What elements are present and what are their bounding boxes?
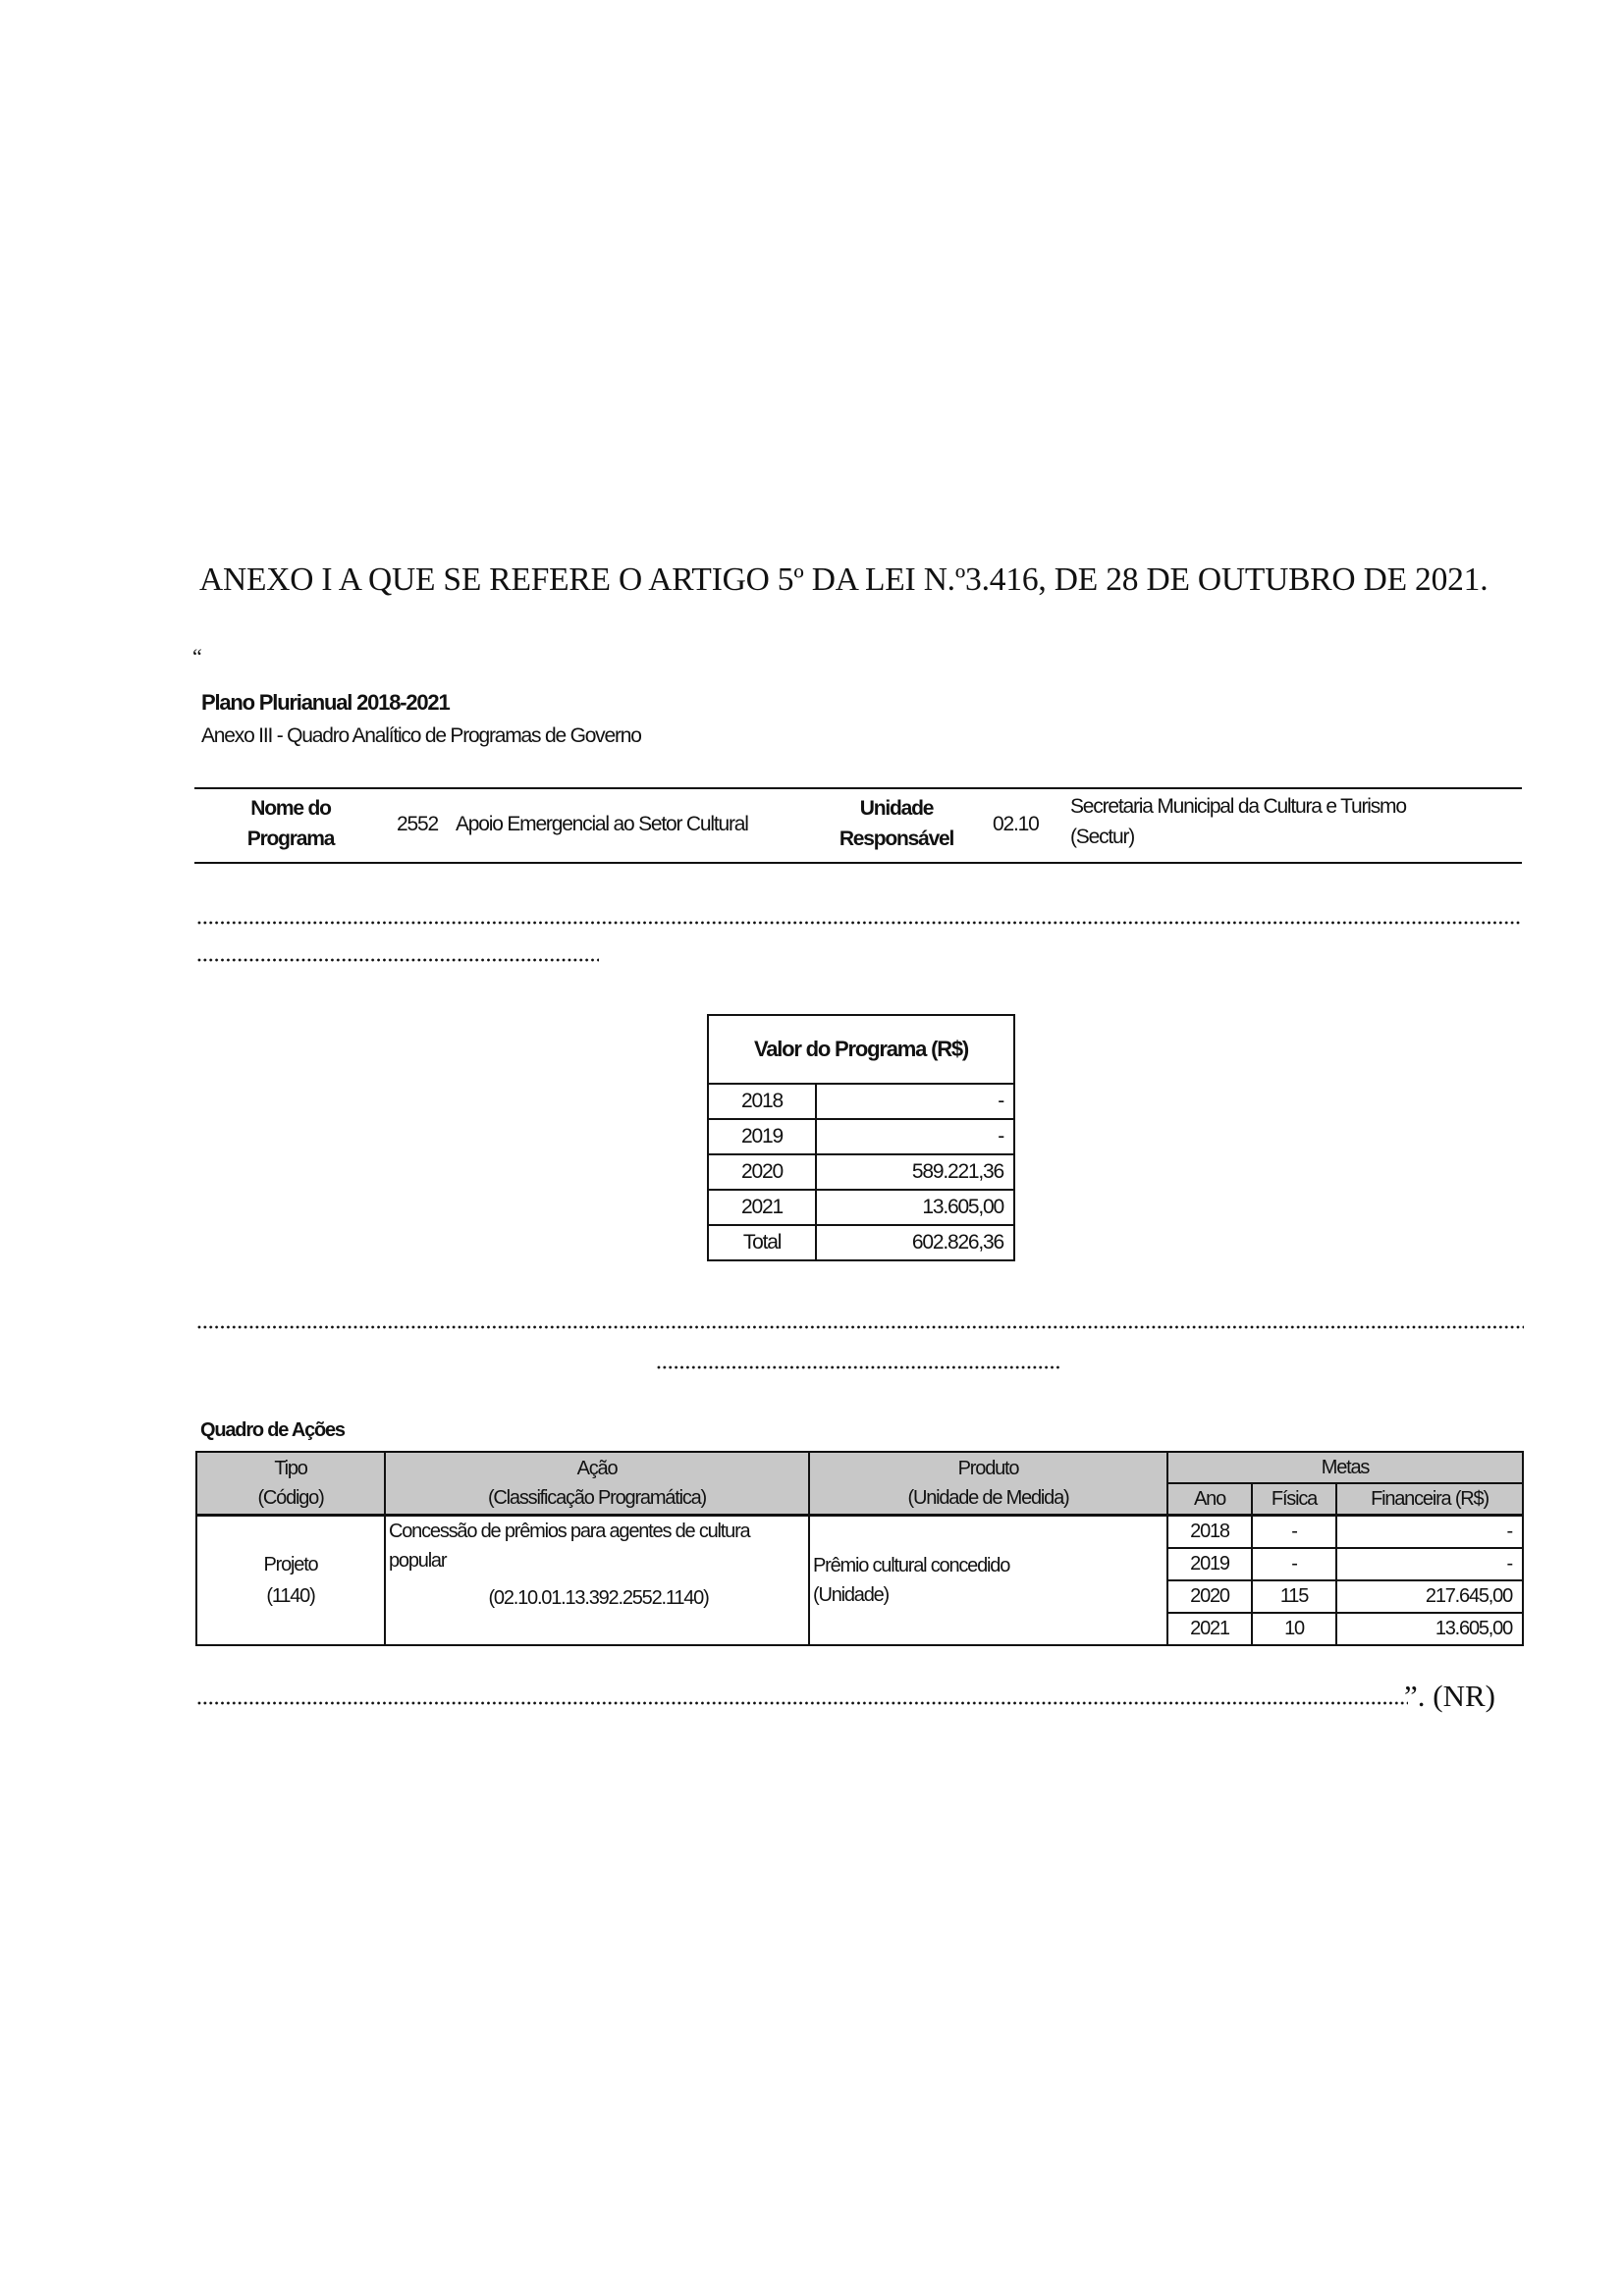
action-tipo-code: (1140) xyxy=(197,1580,384,1612)
meta-financeira: - xyxy=(1336,1548,1523,1580)
program-value-amount: 602.826,36 xyxy=(816,1225,1014,1260)
meta-fisica: 115 xyxy=(1252,1580,1336,1613)
program-value-row: Total602.826,36 xyxy=(708,1225,1014,1260)
ellipsis-divider xyxy=(196,1700,1408,1706)
unit-name-line2: (Sectur) xyxy=(1070,822,1522,852)
opening-quote: “ xyxy=(192,644,202,669)
action-tipo: Projeto (1140) xyxy=(196,1516,385,1646)
program-name-label: Nome do Programa xyxy=(194,793,387,854)
header-acao-line2: (Classificação Programática) xyxy=(386,1483,808,1513)
header-acao: Ação (Classificação Programática) xyxy=(385,1452,809,1516)
ellipsis-divider xyxy=(196,957,599,963)
meta-ano: 2020 xyxy=(1167,1580,1252,1613)
program-value-row: 2018- xyxy=(708,1084,1014,1119)
meta-ano: 2018 xyxy=(1167,1516,1252,1549)
unit-label-line1: Unidade xyxy=(808,793,985,824)
program-value-amount: - xyxy=(816,1084,1014,1119)
header-ano: Ano xyxy=(1167,1483,1252,1516)
header-acao-line1: Ação xyxy=(386,1454,808,1483)
unit-name-line1: Secretaria Municipal da Cultura e Turism… xyxy=(1070,791,1522,822)
header-produto-line1: Produto xyxy=(810,1454,1166,1483)
program-header: Nome do Programa 2552 Apoio Emergencial … xyxy=(194,787,1522,864)
unit-name: Secretaria Municipal da Cultura e Turism… xyxy=(1070,791,1522,852)
header-produto: Produto (Unidade de Medida) xyxy=(809,1452,1167,1516)
program-value-title: Valor do Programa (R$) xyxy=(708,1015,1014,1084)
header-tipo: Tipo (Código) xyxy=(196,1452,385,1516)
actions-table: Tipo (Código) Ação (Classificação Progra… xyxy=(195,1451,1524,1646)
header-produto-line2: (Unidade de Medida) xyxy=(810,1483,1166,1513)
program-value-year: 2019 xyxy=(708,1119,816,1154)
product-unit: (Unidade) xyxy=(813,1580,1166,1610)
responsible-unit-label: Unidade Responsável xyxy=(808,793,985,854)
plan-title: Plano Plurianual 2018-2021 xyxy=(201,690,450,716)
program-value-year: 2021 xyxy=(708,1190,816,1225)
program-value-amount: - xyxy=(816,1119,1014,1154)
meta-ano: 2019 xyxy=(1167,1548,1252,1580)
action-row: Projeto (1140) Concessão de prêmios para… xyxy=(196,1516,1523,1549)
header-fisica: Física xyxy=(1252,1483,1336,1516)
header-financeira: Financeira (R$) xyxy=(1336,1483,1523,1516)
action-name: Concessão de prêmios para agentes de cul… xyxy=(389,1517,808,1575)
program-name-label-line2: Programa xyxy=(194,824,387,854)
meta-financeira: - xyxy=(1336,1516,1523,1549)
program-name-label-line1: Nome do xyxy=(194,793,387,824)
closing-mark: ”. (NR) xyxy=(1404,1679,1495,1714)
meta-ano: 2021 xyxy=(1167,1613,1252,1645)
program-value-amount: 13.605,00 xyxy=(816,1190,1014,1225)
actions-title: Quadro de Ações xyxy=(200,1419,345,1442)
program-name: Apoio Emergencial ao Setor Cultural xyxy=(456,809,748,839)
unit-code: 02.10 xyxy=(993,809,1039,839)
ellipsis-divider xyxy=(196,920,1522,926)
document-title: ANEXO I A QUE SE REFERE O ARTIGO 5º DA L… xyxy=(199,561,1535,599)
program-value-year: 2020 xyxy=(708,1154,816,1190)
header-metas: Metas xyxy=(1167,1452,1523,1483)
unit-label-line2: Responsável xyxy=(808,824,985,854)
program-value-row: 202113.605,00 xyxy=(708,1190,1014,1225)
program-value-year: Total xyxy=(708,1225,816,1260)
program-value-row: 2019- xyxy=(708,1119,1014,1154)
program-value-amount: 589.221,36 xyxy=(816,1154,1014,1190)
product-name: Prêmio cultural concedido xyxy=(813,1551,1166,1580)
program-value-row: 2020589.221,36 xyxy=(708,1154,1014,1190)
meta-financeira: 217.645,00 xyxy=(1336,1580,1523,1613)
meta-financeira: 13.605,00 xyxy=(1336,1613,1523,1645)
ellipsis-divider xyxy=(656,1364,1060,1370)
action-description: Concessão de prêmios para agentes de cul… xyxy=(385,1516,809,1646)
plan-subtitle: Anexo III - Quadro Analítico de Programa… xyxy=(201,724,641,748)
program-value-table: Valor do Programa (R$) 2018-2019-2020589… xyxy=(707,1014,1015,1261)
program-value-year: 2018 xyxy=(708,1084,816,1119)
action-classification-code: (02.10.01.13.392.2552.1140) xyxy=(389,1583,808,1613)
program-code: 2552 xyxy=(397,809,438,839)
meta-fisica: - xyxy=(1252,1516,1336,1549)
ellipsis-divider xyxy=(196,1324,1524,1330)
meta-fisica: 10 xyxy=(1252,1613,1336,1645)
header-tipo-line1: Tipo xyxy=(197,1454,384,1483)
action-product: Prêmio cultural concedido (Unidade) xyxy=(809,1516,1167,1646)
action-tipo-label: Projeto xyxy=(197,1549,384,1580)
meta-fisica: - xyxy=(1252,1548,1336,1580)
header-tipo-line2: (Código) xyxy=(197,1483,384,1513)
